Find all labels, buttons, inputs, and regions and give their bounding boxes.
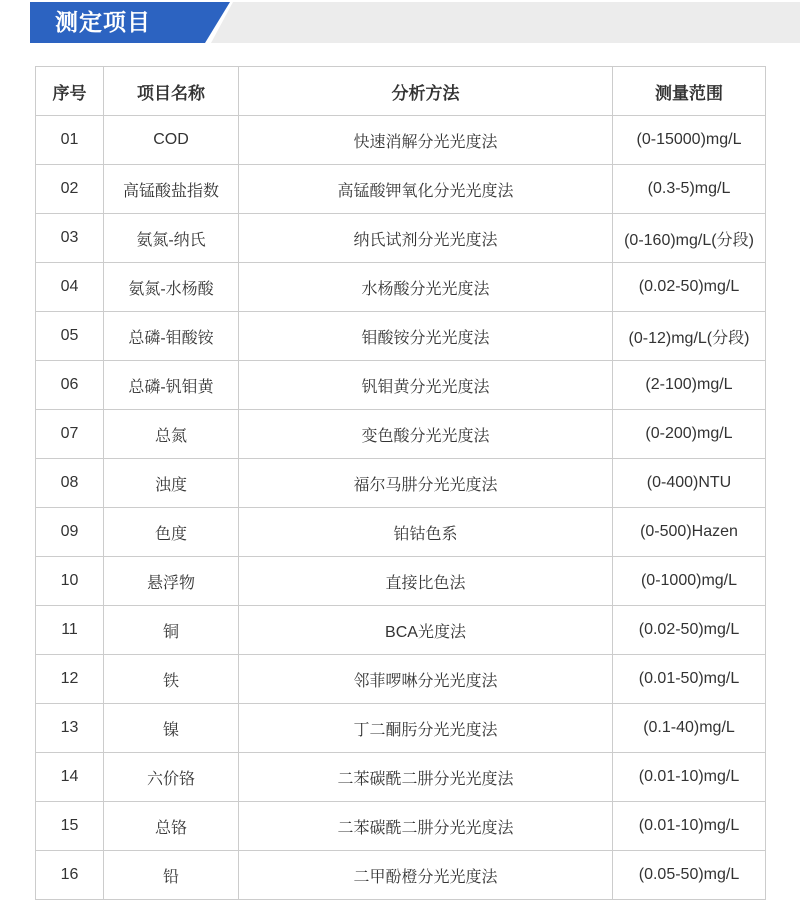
method-cell: 二苯碳酰二肼分光光度法 xyxy=(239,753,613,802)
col-header-no: 序号 xyxy=(36,67,104,116)
item-name-cell: 铜 xyxy=(104,606,239,655)
method-cell: 邻菲啰啉分光光度法 xyxy=(239,655,613,704)
row-number-cell: 08 xyxy=(36,459,104,508)
row-number-cell: 11 xyxy=(36,606,104,655)
item-name-cell: 氨氮-水杨酸 xyxy=(104,263,239,312)
method-cell: 福尔马肼分光光度法 xyxy=(239,459,613,508)
range-cell: (0-500)Hazen xyxy=(613,508,766,557)
range-cell: (0.01-50)mg/L xyxy=(613,655,766,704)
item-name-cell: 色度 xyxy=(104,508,239,557)
method-cell: 变色酸分光光度法 xyxy=(239,410,613,459)
table-row: 15 总铬 二苯碳酰二肼分光光度法 (0.01-10)mg/L xyxy=(36,802,766,851)
item-name-cell: COD xyxy=(104,116,239,165)
range-cell: (0-200)mg/L xyxy=(613,410,766,459)
method-cell: 丁二酮肟分光光度法 xyxy=(239,704,613,753)
table-row: 14 六价铬 二苯碳酰二肼分光光度法 (0.01-10)mg/L xyxy=(36,753,766,802)
range-cell: (0-400)NTU xyxy=(613,459,766,508)
table-row: 11 铜 BCA光度法 (0.02-50)mg/L xyxy=(36,606,766,655)
banner-blue-tag: 测定项目 xyxy=(30,2,230,43)
item-name-cell: 总铬 xyxy=(104,802,239,851)
method-cell: 水杨酸分光光度法 xyxy=(239,263,613,312)
method-cell: 钒钼黄分光光度法 xyxy=(239,361,613,410)
row-number-cell: 12 xyxy=(36,655,104,704)
table-row: 01 COD 快速消解分光光度法 (0-15000)mg/L xyxy=(36,116,766,165)
method-cell: 纳氏试剂分光光度法 xyxy=(239,214,613,263)
row-number-cell: 03 xyxy=(36,214,104,263)
method-cell: BCA光度法 xyxy=(239,606,613,655)
col-header-name: 项目名称 xyxy=(104,67,239,116)
col-header-method: 分析方法 xyxy=(239,67,613,116)
table-row: 13 镍 丁二酮肟分光光度法 (0.1-40)mg/L xyxy=(36,704,766,753)
table-row: 07 总氮 变色酸分光光度法 (0-200)mg/L xyxy=(36,410,766,459)
item-name-cell: 总氮 xyxy=(104,410,239,459)
row-number-cell: 16 xyxy=(36,851,104,900)
range-cell: (0.05-50)mg/L xyxy=(613,851,766,900)
method-cell: 铂钴色系 xyxy=(239,508,613,557)
table-row: 10 悬浮物 直接比色法 (0-1000)mg/L xyxy=(36,557,766,606)
table-row: 16 铅 二甲酚橙分光光度法 (0.05-50)mg/L xyxy=(36,851,766,900)
table-row: 05 总磷-钼酸铵 钼酸铵分光光度法 (0-12)mg/L(分段) xyxy=(36,312,766,361)
table-row: 03 氨氮-纳氏 纳氏试剂分光光度法 (0-160)mg/L(分段) xyxy=(36,214,766,263)
table-row: 02 高锰酸盐指数 高锰酸钾氧化分光光度法 (0.3-5)mg/L xyxy=(36,165,766,214)
measurement-table-body: 01 COD 快速消解分光光度法 (0-15000)mg/L 02 高锰酸盐指数… xyxy=(36,116,766,900)
method-cell: 钼酸铵分光光度法 xyxy=(239,312,613,361)
method-cell: 直接比色法 xyxy=(239,557,613,606)
row-number-cell: 10 xyxy=(36,557,104,606)
range-cell: (0.01-10)mg/L xyxy=(613,802,766,851)
row-number-cell: 01 xyxy=(36,116,104,165)
range-cell: (0-160)mg/L(分段) xyxy=(613,214,766,263)
item-name-cell: 总磷-钼酸铵 xyxy=(104,312,239,361)
item-name-cell: 铅 xyxy=(104,851,239,900)
row-number-cell: 14 xyxy=(36,753,104,802)
row-number-cell: 15 xyxy=(36,802,104,851)
measurement-table-container: 序号 项目名称 分析方法 测量范围 01 COD 快速消解分光光度法 (0-15… xyxy=(35,66,800,900)
table-row: 09 色度 铂钴色系 (0-500)Hazen xyxy=(36,508,766,557)
method-cell: 快速消解分光光度法 xyxy=(239,116,613,165)
item-name-cell: 六价铬 xyxy=(104,753,239,802)
item-name-cell: 氨氮-纳氏 xyxy=(104,214,239,263)
row-number-cell: 02 xyxy=(36,165,104,214)
item-name-cell: 总磷-钒钼黄 xyxy=(104,361,239,410)
range-cell: (2-100)mg/L xyxy=(613,361,766,410)
section-banner: 测定项目 xyxy=(0,0,800,45)
row-number-cell: 05 xyxy=(36,312,104,361)
table-row: 04 氨氮-水杨酸 水杨酸分光光度法 (0.02-50)mg/L xyxy=(36,263,766,312)
range-cell: (0-15000)mg/L xyxy=(613,116,766,165)
row-number-cell: 06 xyxy=(36,361,104,410)
row-number-cell: 04 xyxy=(36,263,104,312)
table-row: 12 铁 邻菲啰啉分光光度法 (0.01-50)mg/L xyxy=(36,655,766,704)
row-number-cell: 13 xyxy=(36,704,104,753)
table-row: 06 总磷-钒钼黄 钒钼黄分光光度法 (2-100)mg/L xyxy=(36,361,766,410)
method-cell: 二苯碳酰二肼分光光度法 xyxy=(239,802,613,851)
range-cell: (0.3-5)mg/L xyxy=(613,165,766,214)
section-title: 测定项目 xyxy=(55,11,151,34)
range-cell: (0.1-40)mg/L xyxy=(613,704,766,753)
range-cell: (0-12)mg/L(分段) xyxy=(613,312,766,361)
range-cell: (0.02-50)mg/L xyxy=(613,606,766,655)
row-number-cell: 09 xyxy=(36,508,104,557)
item-name-cell: 悬浮物 xyxy=(104,557,239,606)
method-cell: 高锰酸钾氧化分光光度法 xyxy=(239,165,613,214)
row-number-cell: 07 xyxy=(36,410,104,459)
method-cell: 二甲酚橙分光光度法 xyxy=(239,851,613,900)
range-cell: (0-1000)mg/L xyxy=(613,557,766,606)
table-row: 08 浊度 福尔马肼分光光度法 (0-400)NTU xyxy=(36,459,766,508)
range-cell: (0.02-50)mg/L xyxy=(613,263,766,312)
table-header-row: 序号 项目名称 分析方法 测量范围 xyxy=(36,67,766,116)
measurement-table: 序号 项目名称 分析方法 测量范围 01 COD 快速消解分光光度法 (0-15… xyxy=(35,66,766,900)
item-name-cell: 镍 xyxy=(104,704,239,753)
item-name-cell: 浊度 xyxy=(104,459,239,508)
item-name-cell: 铁 xyxy=(104,655,239,704)
item-name-cell: 高锰酸盐指数 xyxy=(104,165,239,214)
range-cell: (0.01-10)mg/L xyxy=(613,753,766,802)
col-header-range: 测量范围 xyxy=(613,67,766,116)
